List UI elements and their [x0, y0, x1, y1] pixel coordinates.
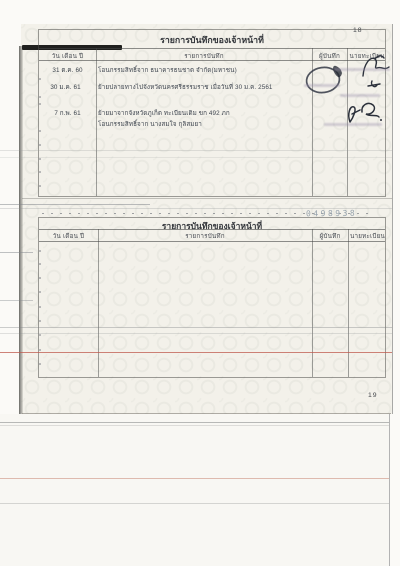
row-tick [39, 334, 41, 336]
column-header-record: รายการบันทึก [96, 51, 312, 61]
scan-streak [0, 422, 389, 423]
scan-streak [0, 327, 392, 328]
officer-record-table-page19: รายการบันทึกของเจ้าหน้าที่ วัน เดือน ปี … [38, 217, 386, 379]
column-divider [312, 229, 313, 378]
scan-streak [0, 503, 389, 504]
table-title: รายการบันทึกของเจ้าหน้าที่ [39, 33, 385, 47]
underlying-page-lower [0, 414, 390, 566]
row-tick [39, 103, 41, 105]
faint-stamp-text [324, 123, 382, 126]
column-header-date: วัน เดือน ปี [39, 51, 96, 61]
row-tick [39, 78, 41, 80]
faint-stamp-text [304, 84, 340, 87]
scan-streak [0, 208, 392, 209]
row-tick [39, 185, 41, 187]
row-tick [39, 130, 41, 132]
scan-streak [0, 252, 33, 253]
scan-streak [0, 300, 33, 301]
entry-3-date: 7 ก.พ. 61 [41, 108, 94, 118]
column-header-record: รายการบันทึก [98, 231, 312, 241]
column-header-recorder: ผู้บันทึก [312, 231, 348, 241]
faint-stamp-text [340, 94, 380, 97]
row-tick [39, 144, 41, 146]
registrar-signature-top [363, 56, 389, 87]
divider [39, 229, 385, 230]
column-header-date: วัน เดือน ปี [39, 231, 98, 241]
scan-streak [0, 150, 392, 151]
registrar-signature-bottom [349, 103, 382, 122]
scanned-vehicle-registration-book-page: รายการบันทึกของเจ้าหน้าที่ วัน เดือน ปี … [0, 0, 400, 566]
divider [39, 48, 385, 49]
row-tick [39, 263, 41, 265]
entry-1-text: โอนกรรมสิทธิ์จาก ธนาคารธนชาต จำกัด(มหาชน… [98, 65, 237, 75]
column-divider [96, 48, 97, 196]
row-tick [39, 171, 41, 173]
book-spine-shadow [19, 46, 23, 414]
row-tick [39, 250, 41, 252]
entry-3-text-line2: โอนกรรมสิทธิ์จาก นางสมใจ กุลิสมยา [98, 119, 202, 129]
scan-streak [0, 333, 392, 334]
row-tick [39, 291, 41, 293]
row-tick [39, 277, 41, 279]
column-header-registrar: นายทะเบียน [348, 231, 387, 241]
page-number-18: 18 [353, 27, 363, 34]
row-tick [39, 158, 41, 160]
row-tick [39, 96, 41, 98]
entry-1-date: 31 ต.ค. 60 [41, 65, 94, 75]
row-tick [39, 320, 41, 322]
column-divider [348, 229, 349, 378]
faint-stamp-text [334, 68, 390, 71]
entry-3-text-line1: ย้ายมาจากจังหวัดภูเก็ต ทะเบียนเดิม ขก 49… [98, 108, 230, 118]
row-tick [39, 306, 41, 308]
scan-streak [0, 157, 392, 158]
scan-streak [0, 204, 150, 205]
scan-streak [22, 198, 392, 199]
red-scan-line [0, 352, 392, 353]
entry-2-date: 30 ม.ค. 61 [39, 82, 92, 92]
row-tick [39, 363, 41, 365]
faint-red-line [0, 478, 389, 479]
divider [39, 241, 385, 242]
scan-streak [0, 425, 389, 426]
page-bottom-edge [22, 413, 391, 414]
page-number-19: 19 [368, 392, 378, 399]
entry-2-text: ย้ายปลายทางไปจังหวัดนครศรีธรรมราช เมื่อว… [98, 82, 273, 92]
handwritten-marks [300, 52, 392, 144]
column-divider [98, 229, 99, 378]
